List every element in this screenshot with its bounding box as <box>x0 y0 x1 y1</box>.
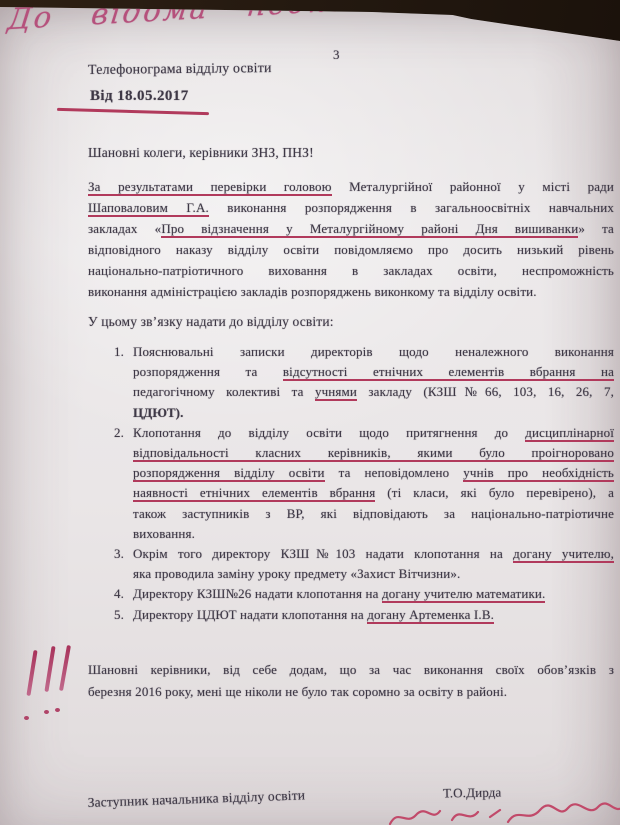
text-segment: Шановні керівники, від себе додам, що за… <box>88 662 614 677</box>
text-segment: яка проводила заміну уроку предмету «Зах… <box>133 566 460 581</box>
text-line: За результатами перевірки головою Металу… <box>88 176 614 197</box>
text-line: ЦДЮТ). <box>133 403 614 423</box>
request-intro-line: У цьому зв’язку надати до відділу освіти… <box>88 314 334 330</box>
page-number: 3 <box>333 47 340 63</box>
text-segment: Окрім того директору КЗШ№103 надати клоп… <box>133 546 513 561</box>
text-line: Пояснювальні записки директорів щодо нен… <box>133 342 614 362</box>
text-segment: березня 2016 року, мені ще ніколи не бул… <box>88 684 507 699</box>
list-item: 4. Директору КЗШ№26 надати клопотання на… <box>114 584 614 604</box>
text-line: виконання адміністрацією закладів розпор… <box>88 281 614 302</box>
text-segment: ЦДЮТ). <box>133 405 184 420</box>
closing-paragraph: Шановні керівники, від себе додам, що за… <box>88 659 614 703</box>
list-item: 3. Окрім того директору КЗШ№103 надати к… <box>114 544 614 584</box>
red-handwriting-scribble <box>386 802 620 825</box>
red-exclamation-dot <box>55 708 60 712</box>
text-segment: Пояснювальні записки директорів щодо нен… <box>133 344 614 359</box>
underlined-text-segment: догану учителю математики. <box>382 586 545 603</box>
list-item-number: 3. <box>114 544 133 584</box>
list-item-text: Директору ЦДЮТ надати клопотання на дога… <box>133 605 614 625</box>
underlined-text-segment: учнями <box>315 384 357 401</box>
red-underline-date <box>57 108 209 115</box>
text-segment: педагогічному колективі та <box>133 384 315 399</box>
list-item: 5. Директору ЦДЮТ надати клопотання на д… <box>114 605 614 625</box>
text-segment: виховання. <box>133 526 195 541</box>
underlined-text-segment: Шаповаловим Г.А. <box>88 200 209 217</box>
text-segment: національно-патріотичного виховання в за… <box>88 263 614 278</box>
handwritten-top-note: До відома педколективу!!! <box>6 0 620 36</box>
text-segment: » та <box>578 221 614 236</box>
red-exclamation-stroke <box>26 650 37 696</box>
text-segment: розпорядження та <box>133 364 283 379</box>
list-item-number: 4. <box>114 584 133 604</box>
text-line: розпорядження та відсутності етнічних ел… <box>133 362 614 382</box>
text-line: відповідного наказу відділу освіти повід… <box>88 239 614 260</box>
text-line: також заступників з ВР, які відповідають… <box>133 504 614 524</box>
text-segment: та неповідомлено <box>325 465 464 480</box>
text-segment: виконання адміністрацією закладів розпор… <box>88 284 537 299</box>
numbered-list: 1. Пояснювальні записки директорів щодо … <box>114 342 614 625</box>
text-segment: Металургійної районної у місті ради <box>332 179 614 194</box>
text-line: Клопотання до відділу освіти щодо притяг… <box>133 423 614 443</box>
underlined-text-segment: відповідальності класних керівників, яки… <box>133 445 614 462</box>
text-line: Окрім того директору КЗШ№103 надати клоп… <box>133 544 614 564</box>
list-item-text: Окрім того директору КЗШ№103 надати клоп… <box>133 544 614 584</box>
list-item: 1. Пояснювальні записки директорів щодо … <box>114 342 614 423</box>
text-segment: закладах « <box>88 221 161 236</box>
text-line: яка проводила заміну уроку предмету «Зах… <box>133 564 614 584</box>
document-photo: До відома педколективу!!! 3 Телефонограм… <box>0 0 620 825</box>
red-exclamation-stroke <box>44 646 55 692</box>
list-item-text: Директору КЗШ№26 надати клопотання на до… <box>133 584 614 604</box>
text-line: Директору КЗШ№26 надати клопотання на до… <box>133 584 614 604</box>
red-exclamation-stroke <box>59 645 71 691</box>
intro-paragraph: За результатами перевірки головою Металу… <box>88 176 614 302</box>
underlined-text-segment: дисциплінарної <box>525 425 614 442</box>
document-type-heading: Телефонограма відділу освіти <box>88 61 272 79</box>
text-line: наявності етнічних елементів вбрання (ті… <box>133 483 614 503</box>
underlined-text-segment: За результатами перевірки головою <box>88 179 332 196</box>
red-exclamation-dot <box>44 710 49 714</box>
text-segment: (ті класи, які було перевірено), а <box>375 485 614 500</box>
text-segment: Клопотання до відділу освіти щодо притяг… <box>133 425 525 440</box>
list-item-text: Пояснювальні записки директорів щодо нен… <box>133 342 614 423</box>
text-line: розпорядження відділу освіти та неповідо… <box>133 463 614 483</box>
underlined-text-segment: розпорядження відділу освіти <box>133 465 325 482</box>
list-item-number: 2. <box>114 423 133 544</box>
text-segment: Директору КЗШ№26 надати клопотання на <box>133 586 382 601</box>
list-item-number: 1. <box>114 342 133 423</box>
list-item-text: Клопотання до відділу освіти щодо притяг… <box>133 423 614 544</box>
text-line: національно-патріотичного виховання в за… <box>88 260 614 281</box>
red-exclamation-dot <box>24 716 29 720</box>
salutation-line: Шановні колеги, керівники ЗНЗ, ПНЗ! <box>88 145 314 161</box>
paper-sheet: До відома педколективу!!! 3 Телефонограм… <box>0 0 620 825</box>
underlined-text-segment: наявності етнічних елементів вбрання <box>133 485 375 502</box>
underlined-text-segment: Про відзначення у Металургійному районі … <box>161 221 578 238</box>
text-segment: відповідного наказу відділу освіти повід… <box>88 242 614 257</box>
text-line: Шаповаловим Г.А. виконання розпорядження… <box>88 197 614 218</box>
text-segment: Директору ЦДЮТ надати клопотання на <box>133 607 367 622</box>
list-item-number: 5. <box>114 605 133 625</box>
document-date: Від 18.05.2017 <box>90 88 189 105</box>
text-line: Шановні керівники, від себе додам, що за… <box>88 659 614 681</box>
text-segment: виконання розпорядження в загальноосвітн… <box>209 200 614 215</box>
text-segment: також заступників з ВР, які відповідають… <box>133 506 614 521</box>
text-line: педагогічному колективі та учнями заклад… <box>133 382 614 402</box>
signature-name: Т.О.Дирда <box>443 784 502 801</box>
text-segment: закладу (КЗШ№66, 103, 16, 26, 7, <box>357 384 614 399</box>
list-item: 2. Клопотання до відділу освіти щодо при… <box>114 423 614 544</box>
text-line: виховання. <box>133 524 614 544</box>
underlined-text-segment: відсутності етнічних елементів вбрання н… <box>283 364 614 381</box>
text-line: закладах «Про відзначення у Металургійно… <box>88 218 614 239</box>
underlined-text-segment: догану Артеменка І.В. <box>367 607 494 624</box>
signature-title: Заступник начальника відділу освіти <box>87 787 305 811</box>
text-line: березня 2016 року, мені ще ніколи не бул… <box>88 681 614 703</box>
text-line: Директору ЦДЮТ надати клопотання на дога… <box>133 605 614 625</box>
text-line: відповідальності класних керівників, яки… <box>133 443 614 463</box>
underlined-text-segment: учнів про необхідність <box>463 465 614 482</box>
underlined-text-segment: догану учителю, <box>513 546 614 563</box>
